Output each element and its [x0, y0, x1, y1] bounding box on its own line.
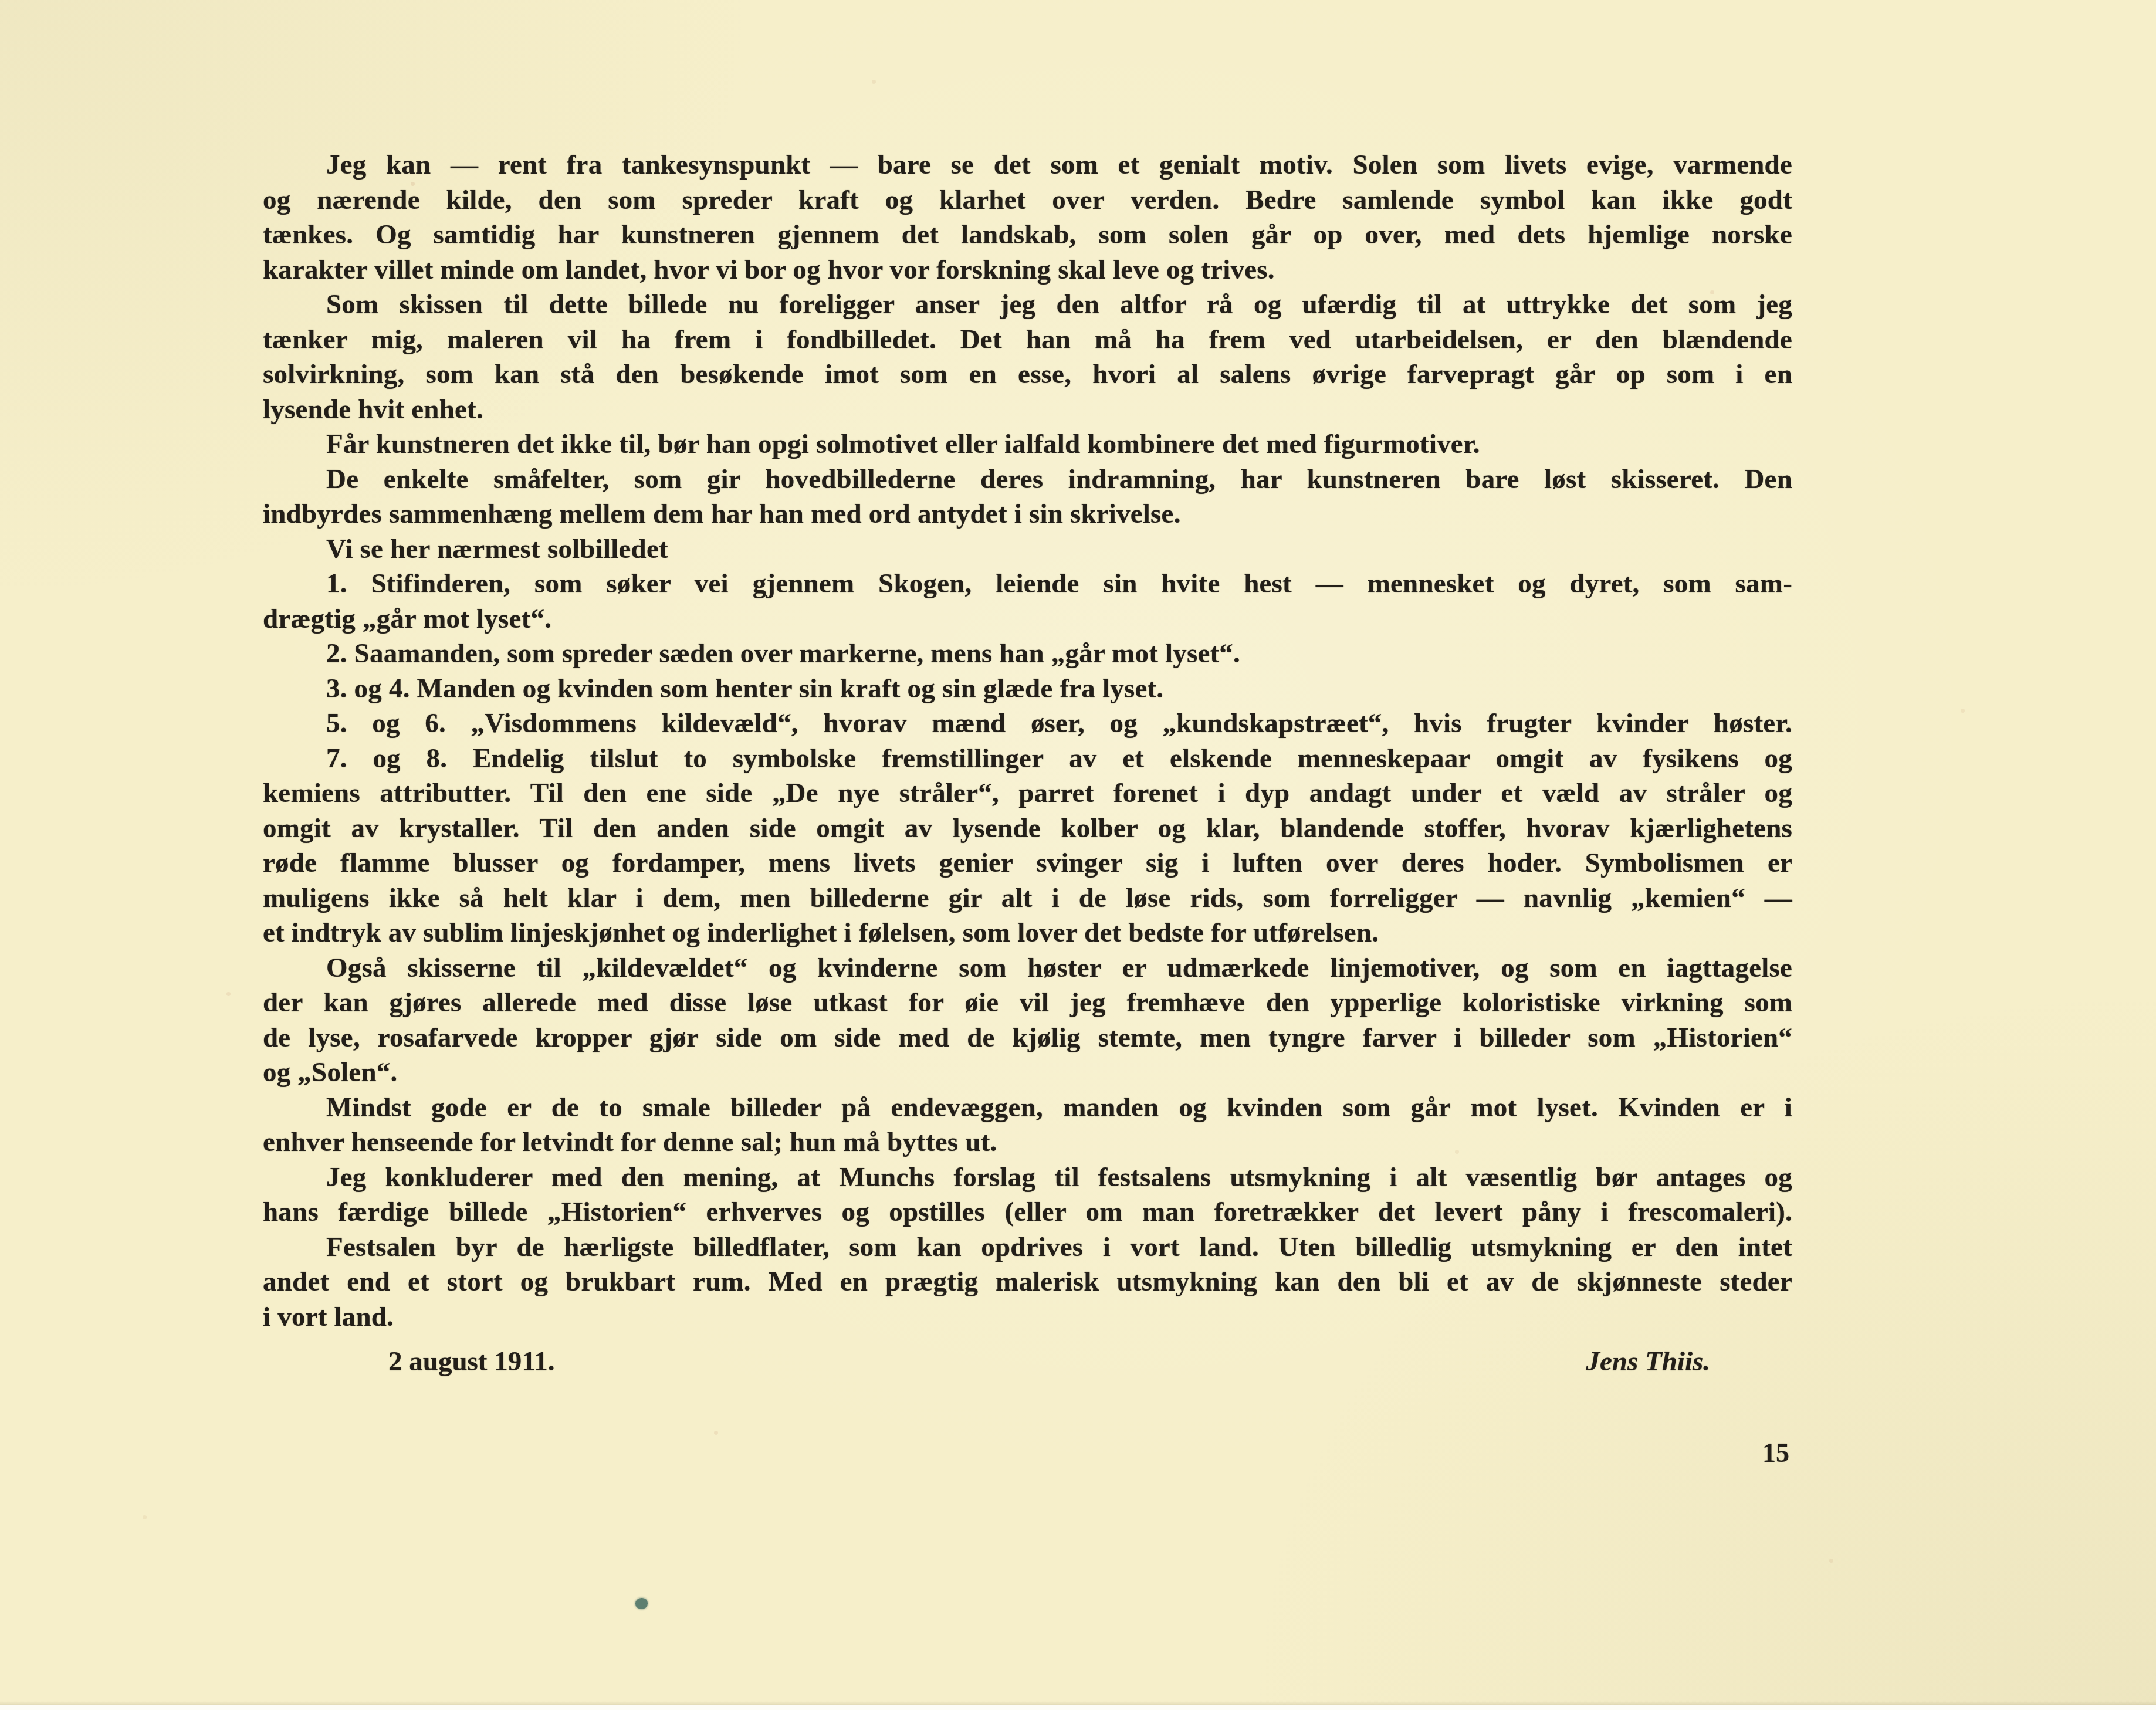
text-line: solvirkning, som kan stå den besøkende i…: [263, 357, 1792, 392]
text-line: i vort land.: [263, 1300, 1792, 1335]
text-line: Mindst gode er de to smale billeder på e…: [263, 1091, 1792, 1126]
text-line: og „Solen“.: [263, 1055, 1792, 1091]
text-line: Vi se her nærmest solbilledet: [263, 532, 1792, 567]
text-line: hans færdige billede „Historien“ erhverv…: [263, 1195, 1792, 1230]
text-line: Jeg konkluderer med den mening, at Munch…: [263, 1160, 1792, 1196]
text-line: 2. Saamanden, som spreder sæden over mar…: [263, 636, 1792, 672]
scanned-page: Jeg kan — rent fra tankesynspunkt — bare…: [0, 0, 2156, 1710]
text-line: Festsalen byr de hærligste billedflater,…: [263, 1230, 1792, 1265]
ink-speck: [635, 1598, 648, 1609]
text-line: 1. Stifinderen, som søker vei gjennem Sk…: [263, 567, 1792, 602]
text-line: Får kunstneren det ikke til, bør han opg…: [263, 427, 1792, 462]
text-line: røde flamme blusser og fordamper, mens l…: [263, 846, 1792, 881]
text-line: og nærende kilde, den som spreder kraft …: [263, 183, 1792, 218]
document-date: 2 august 1911.: [388, 1343, 554, 1380]
text-line: 5. og 6. „Visdommens kildevæld“, hvorav …: [263, 706, 1792, 741]
footer-row: 2 august 1911. Jens Thiis.: [263, 1343, 1792, 1380]
text-line: omgit av krystaller. Til den anden side …: [263, 811, 1792, 846]
text-line: et indtryk av sublim linjeskjønhet og in…: [263, 916, 1792, 951]
text-line: indbyrdes sammenhæng mellem dem har han …: [263, 497, 1792, 532]
author-signature: Jens Thiis.: [1586, 1343, 1710, 1380]
text-line: tænkes. Og samtidig har kunstneren gjenn…: [263, 218, 1792, 253]
page-number: 15: [263, 1435, 1792, 1471]
text-line: karakter villet minde om landet, hvor vi…: [263, 253, 1792, 288]
text-line: de lyse, rosafarvede kropper gjør side o…: [263, 1021, 1792, 1056]
text-line: Jeg kan — rent fra tankesynspunkt — bare…: [263, 148, 1792, 183]
text-line: der kan gjøres allerede med disse løse u…: [263, 986, 1792, 1021]
paper-fibers: [0, 0, 2, 2]
text-line: kemiens attributter. Til den ene side „D…: [263, 776, 1792, 811]
scan-bottom-edge: [0, 1705, 2156, 1710]
text-line: enhver henseende for letvindt for denne …: [263, 1125, 1792, 1160]
text-line: Også skisserne til „kildevældet“ og kvin…: [263, 951, 1792, 986]
text-line: Som skissen til dette billede nu forelig…: [263, 287, 1792, 323]
text-block: Jeg kan — rent fra tankesynspunkt — bare…: [263, 148, 1792, 1335]
text-line: 7. og 8. Endelig tilslut to symbolske fr…: [263, 741, 1792, 777]
text-line: drægtig „går mot lyset“.: [263, 602, 1792, 637]
text-line: De enkelte småfelter, som gir hovedbille…: [263, 462, 1792, 497]
text-line: 3. og 4. Manden og kvinden som henter si…: [263, 672, 1792, 707]
text-line: lysende hvit enhet.: [263, 392, 1792, 428]
text-line: muligens ikke så helt klar i dem, men bi…: [263, 881, 1792, 916]
text-line: andet end et stort og brukbart rum. Med …: [263, 1265, 1792, 1300]
text-line: tænker mig, maleren vil ha frem i fondbi…: [263, 323, 1792, 358]
